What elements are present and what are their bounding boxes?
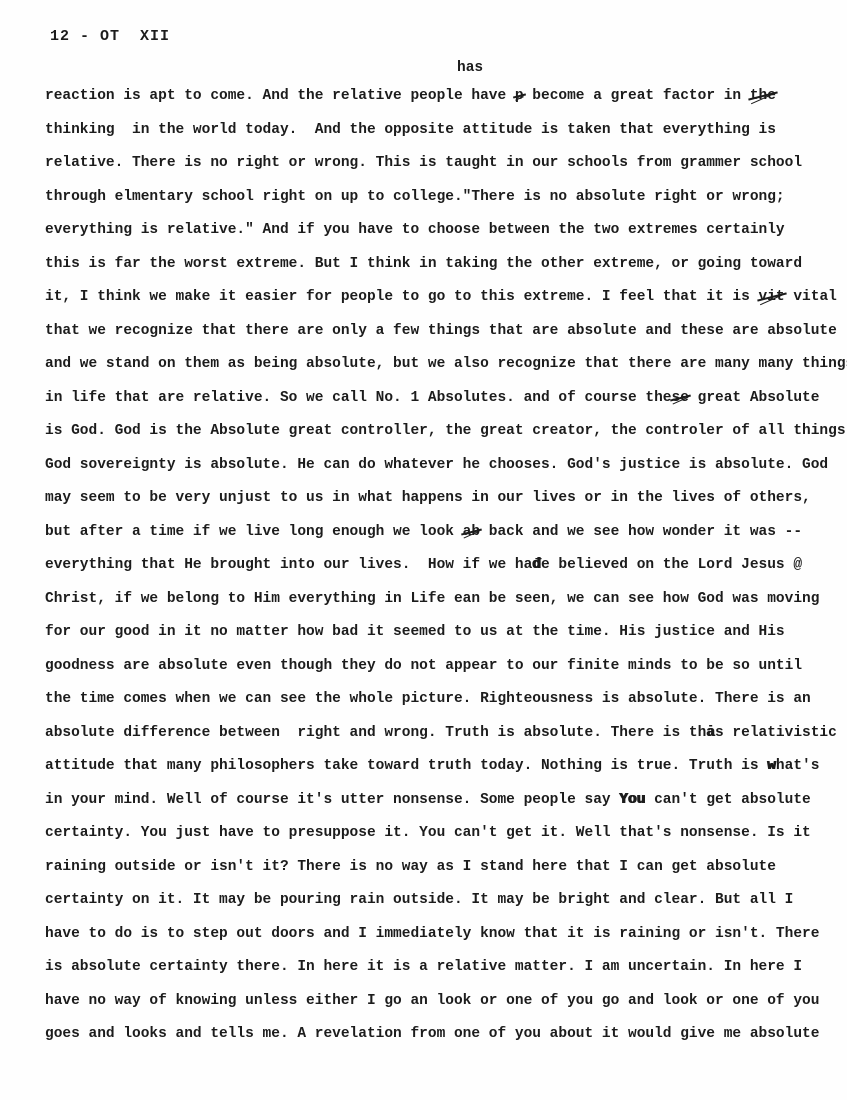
struck-text: vit bbox=[759, 281, 785, 315]
typed-text-segment: attitude that many philosophers take tow… bbox=[45, 758, 767, 774]
typed-text-segment: in your mind. Well of course it's utter … bbox=[45, 792, 619, 808]
typed-text-segment: back and we see how wonder it was -- bbox=[480, 524, 802, 540]
typed-line: is absolute certainty there. In here it … bbox=[45, 951, 840, 985]
typed-text-segment: through elmentary school right on up to … bbox=[45, 189, 785, 205]
typed-line: in your mind. Well of course it's utter … bbox=[45, 784, 840, 818]
typed-text-segment: e believed on the Lord Jesus @ bbox=[541, 557, 802, 573]
typed-line: that we recognize that there are only a … bbox=[45, 315, 840, 349]
typed-line: and we stand on them as being absolute, … bbox=[45, 348, 840, 382]
typed-text-segment: can't get absolute bbox=[645, 792, 810, 808]
typed-line: absolute difference between right and wr… bbox=[45, 717, 840, 751]
typed-line: relative. There is no right or wrong. Th… bbox=[45, 147, 840, 181]
typed-text-segment: w bbox=[767, 758, 776, 774]
struck-text: p bbox=[515, 80, 524, 114]
typed-line: everything that He brought into our live… bbox=[45, 549, 840, 583]
typed-line: have to do is to step out doors and I im… bbox=[45, 918, 840, 952]
typed-text-segment: God sovereignty is absolute. He can do w… bbox=[45, 457, 828, 473]
typed-text-segment: great Absolute bbox=[689, 390, 820, 406]
typed-line: is God. God is the Absolute great contro… bbox=[45, 415, 840, 449]
typed-text-segment: thinking in the world today. And the opp… bbox=[45, 122, 776, 138]
typed-line: for our good in it no matter how bad it … bbox=[45, 616, 840, 650]
typed-text-segment: everything that He brought into our live… bbox=[45, 557, 532, 573]
typed-line: the time comes when we can see the whole… bbox=[45, 683, 840, 717]
typed-line: may seem to be very unjust to us in what… bbox=[45, 482, 840, 516]
page-header: 12 - OT XII bbox=[50, 28, 170, 45]
typed-text-segment: is God. God is the Absolute great contro… bbox=[45, 423, 847, 439]
typed-line: raining outside or isn't it? There is no… bbox=[45, 851, 840, 885]
typed-text-segment: raining outside or isn't it? There is no… bbox=[45, 859, 776, 875]
typed-line: in life that are relative. So we call No… bbox=[45, 382, 840, 416]
typed-line: everything is relative." And if you have… bbox=[45, 214, 840, 248]
document-page: 12 - OT XII has reaction is apt to come.… bbox=[0, 0, 847, 1100]
typed-line: certainty. You just have to presuppose i… bbox=[45, 817, 840, 851]
typed-text-segment: it, I think we make it easier for people… bbox=[45, 289, 759, 305]
struck-text: the bbox=[750, 80, 776, 114]
inserted-word-has: has bbox=[457, 60, 483, 76]
typed-text-segment: relative. There is no right or wrong. Th… bbox=[45, 155, 802, 171]
typed-text-segment: certainty. You just have to presuppose i… bbox=[45, 825, 811, 841]
typed-line: certainty on it. It may be pouring rain … bbox=[45, 884, 840, 918]
typed-text-segment: and we stand on them as being absolute, … bbox=[45, 356, 847, 372]
typed-text-segment: absolute difference between right and wr… bbox=[45, 725, 706, 741]
typed-text-segment: vital bbox=[785, 289, 837, 305]
typed-text-segment: for our good in it no matter how bad it … bbox=[45, 624, 785, 640]
typed-text-segment: goodness are absolute even though they d… bbox=[45, 658, 802, 674]
typed-line: reaction is apt to come. And the relativ… bbox=[45, 80, 840, 114]
typed-line: Christ, if we belong to Him everything i… bbox=[45, 583, 840, 617]
typed-text-segment: but after a time if we live long enough … bbox=[45, 524, 463, 540]
typed-text-segment: everything is relative." And if you have… bbox=[45, 222, 785, 238]
struck-text: se bbox=[672, 382, 689, 416]
typed-text-segment: reaction is apt to come. And the relativ… bbox=[45, 88, 515, 104]
typed-text-segment: goes and looks and tells me. A revelatio… bbox=[45, 1026, 819, 1042]
typed-line: thinking in the world today. And the opp… bbox=[45, 114, 840, 148]
typed-text-segment: ȧ bbox=[706, 725, 715, 741]
typed-text-segment: in life that are relative. So we call No… bbox=[45, 390, 672, 406]
struck-text: ab bbox=[463, 516, 480, 550]
typed-line: but after a time if we live long enough … bbox=[45, 516, 840, 550]
typed-line: goes and looks and tells me. A revelatio… bbox=[45, 1018, 840, 1052]
typed-line: have no way of knowing unless either I g… bbox=[45, 985, 840, 1019]
typed-text-segment: have to do is to step out doors and I im… bbox=[45, 926, 819, 942]
typed-text-segment: Christ, if we belong to Him everything i… bbox=[45, 591, 819, 607]
typed-line: attitude that many philosophers take tow… bbox=[45, 750, 840, 784]
typed-line: goodness are absolute even though they d… bbox=[45, 650, 840, 684]
typed-body: reaction is apt to come. And the relativ… bbox=[45, 80, 840, 1052]
typed-text-segment: have no way of knowing unless either I g… bbox=[45, 993, 819, 1009]
typed-text-segment: the time comes when we can see the whole… bbox=[45, 691, 811, 707]
typed-text-segment: become a great factor in bbox=[524, 88, 750, 104]
typed-text-segment: You bbox=[619, 792, 645, 808]
typed-text-segment: hat's bbox=[776, 758, 820, 774]
typed-text-segment: that we recognize that there are only a … bbox=[45, 323, 837, 339]
typed-text-segment: this is far the worst extreme. But I thi… bbox=[45, 256, 802, 272]
typed-line: through elmentary school right on up to … bbox=[45, 181, 840, 215]
typed-line: it, I think we make it easier for people… bbox=[45, 281, 840, 315]
typed-line: God sovereignty is absolute. He can do w… bbox=[45, 449, 840, 483]
typed-text-segment: s relativistic bbox=[715, 725, 837, 741]
typed-text-segment: is absolute certainty there. In here it … bbox=[45, 959, 802, 975]
typed-text-segment: may seem to be very unjust to us in what… bbox=[45, 490, 811, 506]
typed-line: this is far the worst extreme. But I thi… bbox=[45, 248, 840, 282]
typed-text-segment: đ bbox=[532, 557, 541, 573]
typed-text-segment: certainty on it. It may be pouring rain … bbox=[45, 892, 793, 908]
